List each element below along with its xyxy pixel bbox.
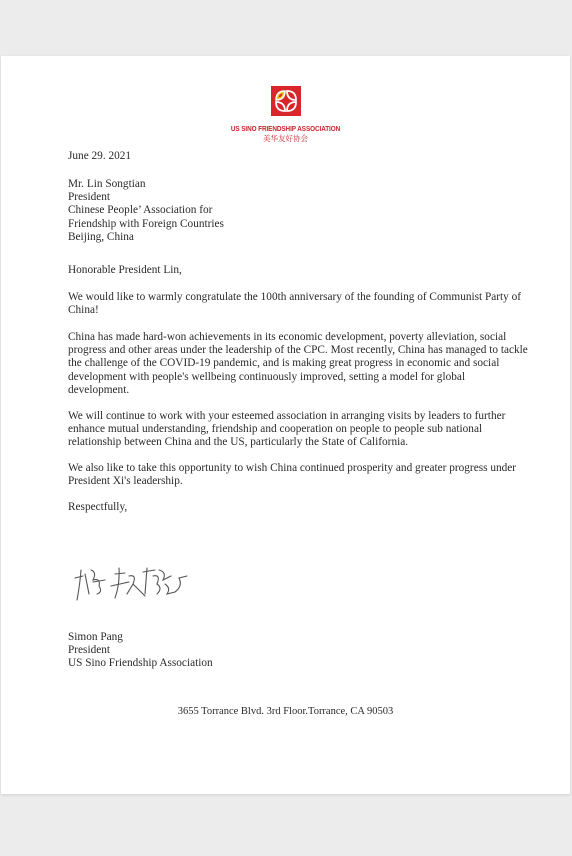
closing: Respectfully,: [68, 501, 127, 514]
salutation: Honorable President Lin,: [68, 264, 182, 277]
paragraph-wishes: We also like to take this opportunity to…: [68, 462, 528, 488]
recipient-location: Beijing, China: [68, 231, 224, 244]
footer-address: 3655 Torrance Blvd. 3rd Floor.Torrance, …: [1, 706, 570, 717]
paragraph-cooperation: We will continue to work with your estee…: [68, 410, 528, 450]
association-logo-icon: [271, 86, 301, 116]
recipient-org-line1: Chinese People’ Association for: [68, 204, 224, 217]
org-name-chinese: 美华友好协会: [1, 133, 570, 144]
paragraph-achievements: China has made hard-won achievements in …: [68, 331, 528, 397]
signer-name: Simon Pang: [68, 631, 213, 644]
signer-org: US Sino Friendship Association: [68, 657, 213, 670]
recipient-name: Mr. Lin Songtian: [68, 178, 224, 191]
signer-title: President: [68, 644, 213, 657]
org-name-english: US SINO FRIENDSHIP ASSOCIATION: [44, 124, 528, 133]
handwritten-signature-icon: [71, 564, 196, 609]
signature-block: Simon Pang President US Sino Friendship …: [68, 631, 213, 671]
recipient-org-line2: Friendship with Foreign Countries: [68, 218, 224, 231]
paragraph-congratulations: We would like to warmly congratulate the…: [68, 291, 528, 317]
recipient-title: President: [68, 191, 224, 204]
letterhead: US SINO FRIENDSHIP ASSOCIATION 美华友好协会: [1, 86, 570, 144]
recipient-block: Mr. Lin Songtian President Chinese Peopl…: [68, 178, 224, 244]
letter-date: June 29. 2021: [68, 150, 131, 163]
letter-page: US SINO FRIENDSHIP ASSOCIATION 美华友好协会 Ju…: [1, 56, 570, 794]
